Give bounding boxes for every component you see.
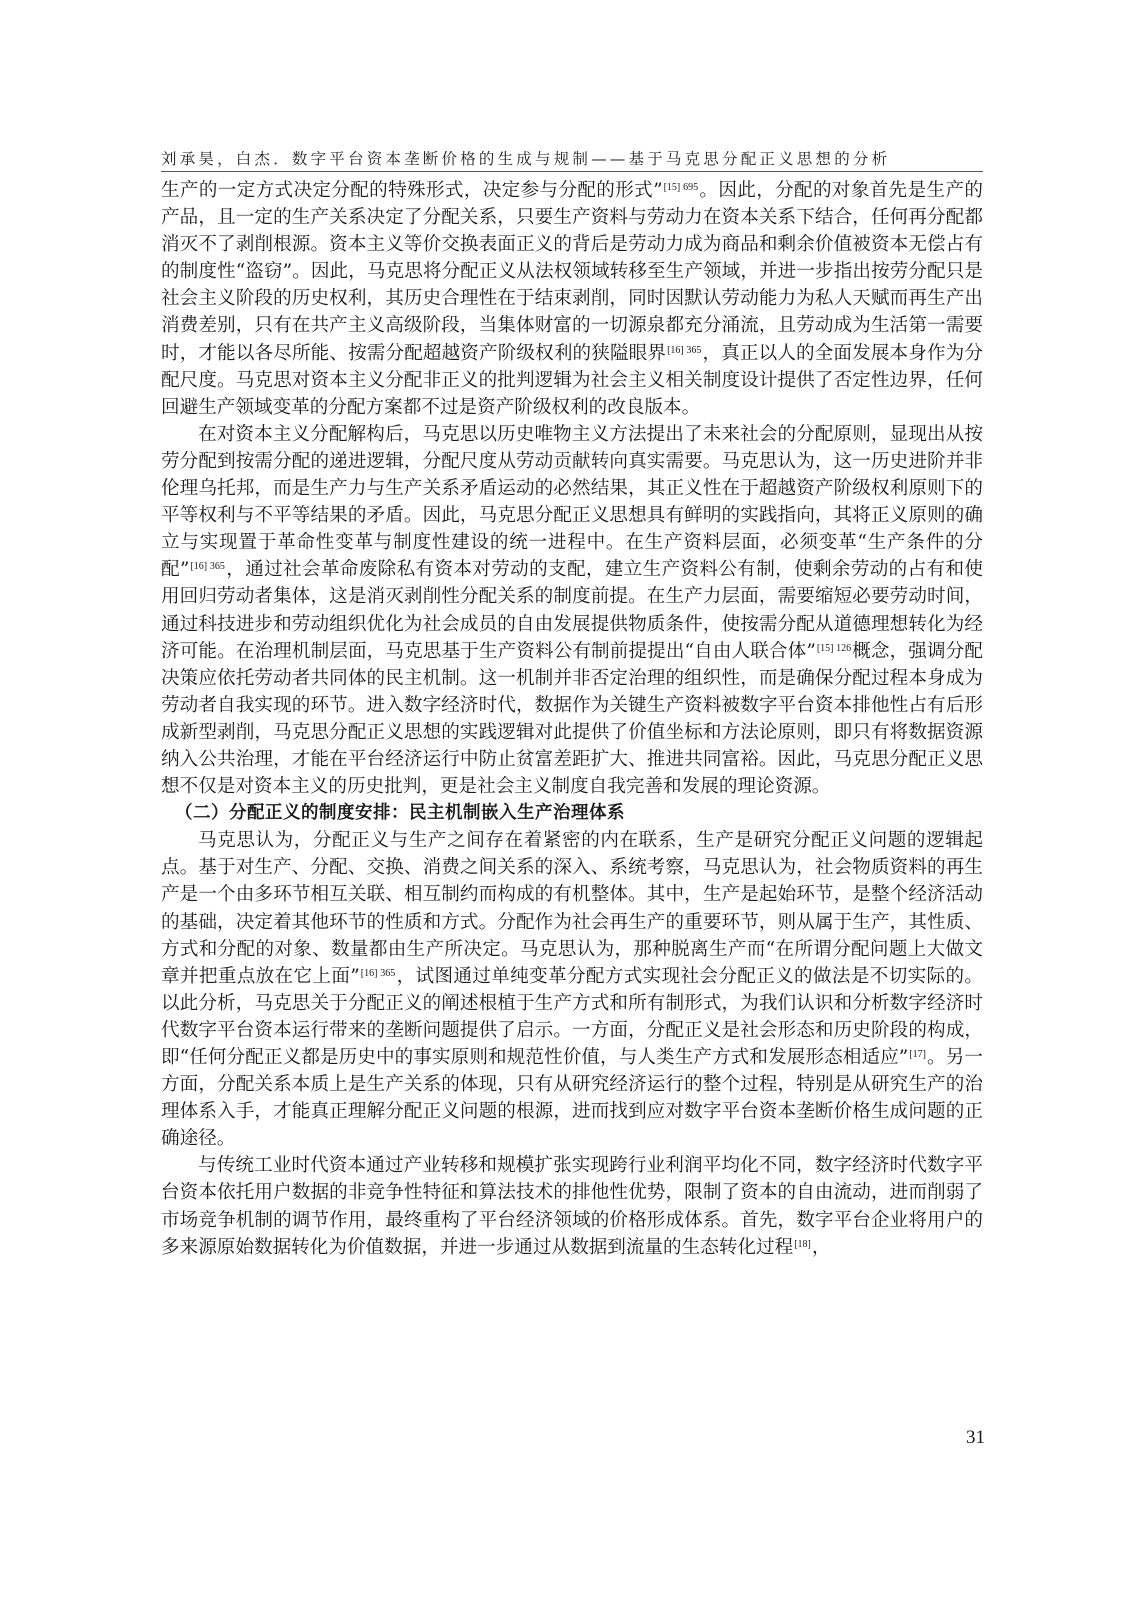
text-run: 与传统工业时代资本通过产业转移和规模扩张实现跨行业利润平均化不同，数字经济时代数… xyxy=(161,1155,983,1257)
text-run: ， xyxy=(812,1237,831,1258)
section-heading: （二）分配正义的制度安排：民主机制嵌入生产治理体系 xyxy=(161,800,983,827)
page-number: 31 xyxy=(966,1427,985,1449)
text-run: 概念，强调分配决策应依托劳动者共同体的民主机制。这一机制并非否定治理的组织性，而… xyxy=(161,641,983,797)
article-body: 生产的一定方式决定分配的特殊形式，决定参与分配的形式”[15] 695。因此，分… xyxy=(161,177,983,1261)
paragraph: 马克思认为，分配正义与生产之间存在着紧密的内在联系，生产是研究分配正义问题的逻辑… xyxy=(161,827,983,1152)
citation-marker: [15] 126 xyxy=(817,643,851,654)
header-rule xyxy=(161,171,983,172)
text-run: 马克思认为，分配正义与生产之间存在着紧密的内在联系，生产是研究分配正义问题的逻辑… xyxy=(161,830,983,986)
citation-marker: [18] xyxy=(794,1239,811,1250)
paragraph: 生产的一定方式决定分配的特殊形式，决定参与分配的形式”[15] 695。因此，分… xyxy=(161,177,983,421)
paragraph: 在对资本主义分配解构后，马克思以历史唯物主义方法提出了未来社会的分配原则，显现出… xyxy=(161,421,983,800)
citation-marker: [15] 695 xyxy=(664,182,699,193)
citation-marker: [16] 365 xyxy=(361,968,396,979)
text-run: 在对资本主义分配解构后，马克思以历史唯物主义方法提出了未来社会的分配原则，显现出… xyxy=(161,424,983,580)
citation-marker: [17] xyxy=(909,1049,926,1060)
text-run: 生产的一定方式决定分配的特殊形式，决定参与分配的形式” xyxy=(161,180,663,201)
text-run: 。因此，分配的对象首先是生产的产品，且一定的生产关系决定了分配关系，只要生产资料… xyxy=(161,180,983,364)
text-run: （二）分配正义的制度安排：民主机制嵌入生产治理体系 xyxy=(175,803,625,823)
citation-marker: [16] 365 xyxy=(190,561,225,572)
citation-marker: [16] 365 xyxy=(667,345,701,356)
running-head: 刘承昊，白杰．数字平台资本垄断价格的生成与规制——基于马克思分配正义思想的分析 xyxy=(161,147,983,169)
paragraph: 与传统工业时代资本通过产业转移和规模扩张实现跨行业利润平均化不同，数字经济时代数… xyxy=(161,1152,983,1260)
